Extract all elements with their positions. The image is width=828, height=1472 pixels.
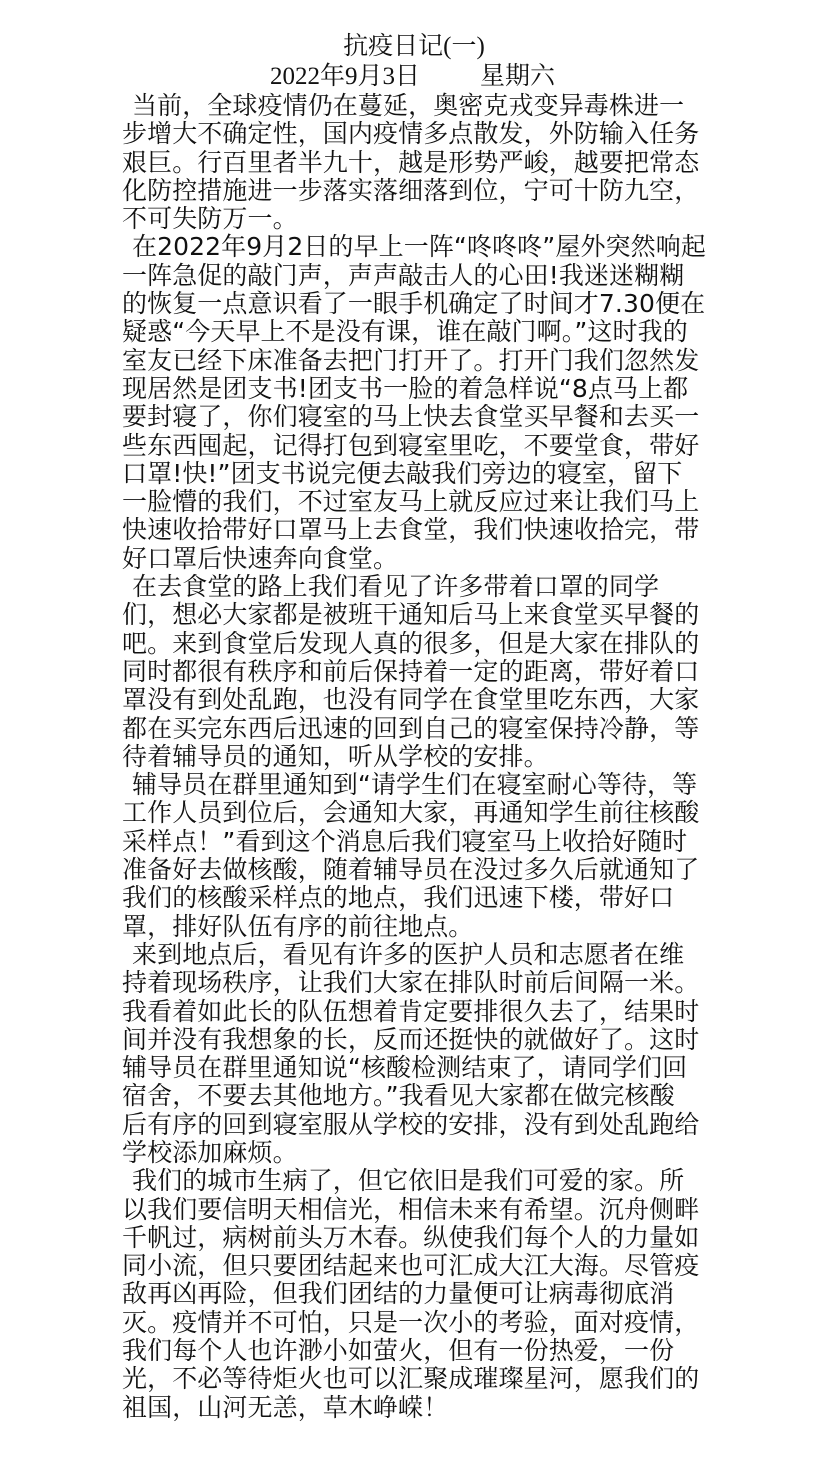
text-line: 来到地点后，看见有许多的医护人员和志愿者在维 <box>122 941 722 969</box>
text-line: 我们每个人也许渺小如萤火，但有一份热爱，一份 <box>122 1337 722 1365</box>
text-line: 同小流，但只要团结起来也可汇成大江大海。尽管疫 <box>122 1252 722 1280</box>
text-line: 千帆过，病树前头万木春。纵使我们每个人的力量如 <box>122 1224 722 1252</box>
text-line: 在去食堂的路上我们看见了许多带着口罩的同学 <box>122 573 722 601</box>
diary-body: 当前，全球疫情仍在蔓延，奥密克戎变异毒株进一 步增大不确定性，国内疫情多点散发，… <box>122 92 722 1422</box>
text-line: 化防控措施进一步落实落细落到位，宁可十防九空， <box>122 177 722 205</box>
text-line: 辅导员在群里通知到“请学生们在寝室耐心等待，等 <box>122 771 722 799</box>
text-line: 要封寝了，你们寝室的马上快去食堂买早餐和去买一 <box>122 403 722 431</box>
text-line: 准备好去做核酸，随着辅导员在没过多久后就通知了 <box>122 856 722 884</box>
text-line: 一阵急促的敲门声，声声敲击人的心田!我迷迷糊糊 <box>122 262 722 290</box>
paragraph-3: 在去食堂的路上我们看见了许多带着口罩的同学 们，想必大家都是被班干通知后马上来食… <box>122 573 722 771</box>
paragraph-2: 在2022年9月2日的早上一阵“咚咚咚”屋外突然响起 一阵急促的敲门声，声声敲击… <box>122 233 722 573</box>
paragraph-4: 辅导员在群里通知到“请学生们在寝室耐心等待，等 工作人员到位后，会通知大家，再通… <box>122 771 722 941</box>
diary-title: 抗疫日记(一) <box>0 32 828 62</box>
text-line: 步增大不确定性，国内疫情多点散发，外防输入任务 <box>122 120 722 148</box>
text-line: 祖国，山河无恙，草木峥嵘！ <box>122 1394 722 1422</box>
text-line: 口罩!快!”团支书说完便去敲我们旁边的寝室，留下 <box>122 460 722 488</box>
text-line: 罩没有到处乱跑，也没有同学在食堂里吃东西，大家 <box>122 686 722 714</box>
text-line: 艰巨。行百里者半九十，越是形势严峻，越要把常态 <box>122 149 722 177</box>
paragraph-1: 当前，全球疫情仍在蔓延，奥密克戎变异毒株进一 步增大不确定性，国内疫情多点散发，… <box>122 92 722 233</box>
paragraph-6: 我们的城市生病了，但它依旧是我们可爱的家。所 以我们要信明天相信光，相信未来有希… <box>122 1167 722 1422</box>
diary-date: 2022年9月3日 <box>270 63 420 90</box>
text-line: 辅导员在群里通知说“核酸检测结束了，请同学们回 <box>122 1054 722 1082</box>
text-line: 都在买完东西后迅速的回到自己的寝室保持冷静，等 <box>122 715 722 743</box>
text-line: 后有序的回到寝室服从学校的安排，没有到处乱跑给 <box>122 1111 722 1139</box>
text-line: 采样点！”看到这个消息后我们寝室马上收拾好随时 <box>122 828 722 856</box>
diary-dateline: 2022年9月3日星期六 <box>270 62 555 92</box>
text-line: 们，想必大家都是被班干通知后马上来食堂买早餐的 <box>122 601 722 629</box>
text-line: 罩，排好队伍有序的前往地点。 <box>122 913 722 941</box>
text-line: 的恢复一点意识看了一眼手机确定了时间才7.30便在 <box>122 290 722 318</box>
text-line: 待着辅导员的通知，听从学校的安排。 <box>122 743 722 771</box>
text-line: 我看着如此长的队伍想着肯定要排很久去了，结果时 <box>122 998 722 1026</box>
text-line: 间并没有我想象的长，反而还挺快的就做好了。这时 <box>122 1026 722 1054</box>
text-line: 不可失防万一。 <box>122 205 722 233</box>
text-line: 以我们要信明天相信光，相信未来有希望。沉舟侧畔 <box>122 1196 722 1224</box>
text-line: 我们的核酸采样点的地点，我们迅速下楼，带好口 <box>122 884 722 912</box>
text-line: 快速收拾带好口罩马上去食堂，我们快速收拾完，带 <box>122 516 722 544</box>
text-line: 当前，全球疫情仍在蔓延，奥密克戎变异毒株进一 <box>122 92 722 120</box>
text-line: 工作人员到位后，会通知大家，再通知学生前往核酸 <box>122 799 722 827</box>
text-line: 灭。疫情并不可怕，只是一次小的考验，面对疫情， <box>122 1309 722 1337</box>
text-line: 敌再凶再险，但我们团结的力量便可让病毒彻底消 <box>122 1280 722 1308</box>
text-line: 同时都很有秩序和前后保持着一定的距离，带好着口 <box>122 658 722 686</box>
text-line: 我们的城市生病了，但它依旧是我们可爱的家。所 <box>122 1167 722 1195</box>
text-line: 些东西囤起，记得打包到寝室里吃，不要堂食，带好 <box>122 432 722 460</box>
text-line: 一脸懵的我们，不过室友马上就反应过来让我们马上 <box>122 488 722 516</box>
text-line: 吧。来到食堂后发现人真的很多，但是大家在排队的 <box>122 630 722 658</box>
text-line: 持着现场秩序，让我们大家在排队时前后间隔一米。 <box>122 969 722 997</box>
text-line: 室友已经下床准备去把门打开了。打开门我们忽然发 <box>122 347 722 375</box>
text-line: 现居然是团支书!团支书一脸的着急样说“8点马上都 <box>122 375 722 403</box>
text-line: 光，不必等待炬火也可以汇聚成璀璨星河，愿我们的 <box>122 1365 722 1393</box>
diary-document: 抗疫日记(一) 2022年9月3日星期六 当前，全球疫情仍在蔓延，奥密克戎变异毒… <box>0 0 828 1472</box>
paragraph-5: 来到地点后，看见有许多的医护人员和志愿者在维 持着现场秩序，让我们大家在排队时前… <box>122 941 722 1167</box>
text-line: 宿舍，不要去其他地方。”我看见大家都在做完核酸 <box>122 1082 722 1110</box>
text-line: 在2022年9月2日的早上一阵“咚咚咚”屋外突然响起 <box>122 233 722 261</box>
text-line: 好口罩后快速奔向食堂。 <box>122 545 722 573</box>
text-line: 学校添加麻烦。 <box>122 1139 722 1167</box>
text-line: 疑惑“今天早上不是没有课，谁在敲门啊。”这时我的 <box>122 318 722 346</box>
diary-weekday: 星期六 <box>480 63 555 90</box>
